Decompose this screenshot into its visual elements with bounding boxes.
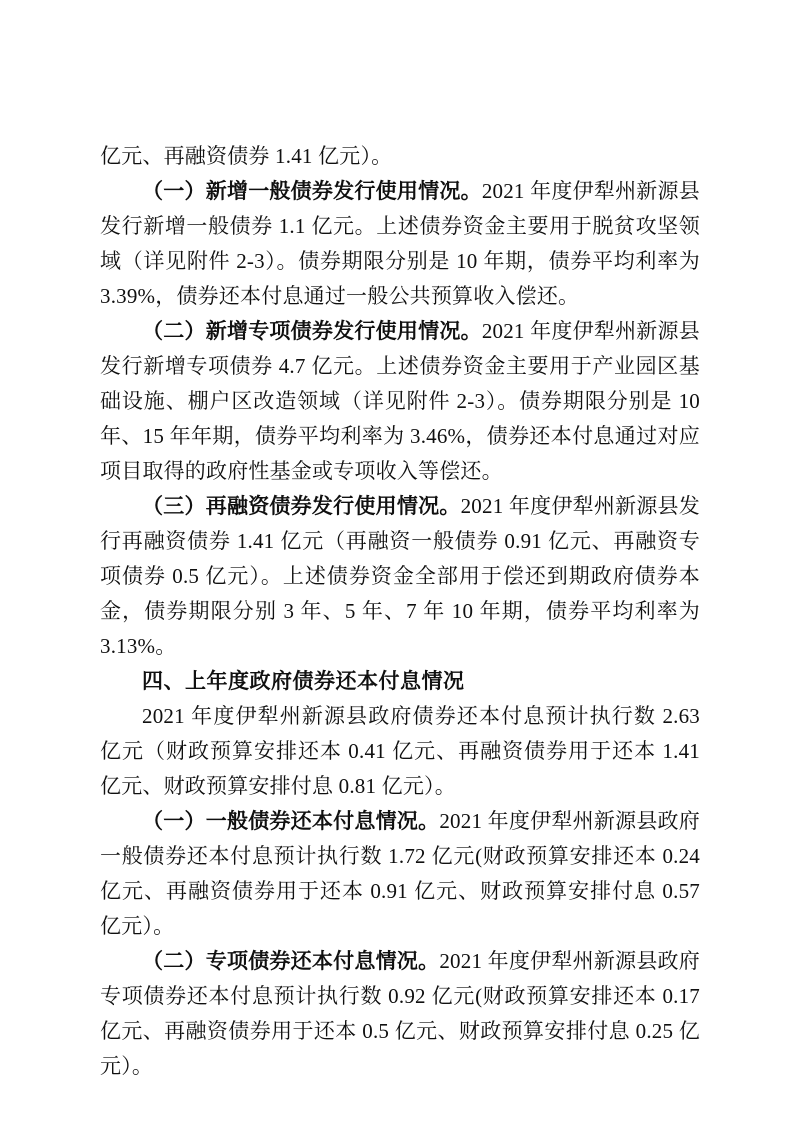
paragraph-lead: （二）新增专项债券发行使用情况。	[142, 319, 482, 343]
paragraph-text: 2021 年度伊犁州新源县政府债券还本付息预计执行数 2.63 亿元（财政预算安…	[100, 704, 700, 798]
section-heading-debt-service: 四、上年度政府债券还本付息情况	[100, 664, 700, 699]
document-page: 亿元、再融资债券 1.41 亿元）。 （一）新增一般债券发行使用情况。2021 …	[0, 0, 793, 1122]
paragraph-debt-service-summary: 2021 年度伊犁州新源县政府债券还本付息预计执行数 2.63 亿元（财政预算安…	[100, 699, 700, 804]
paragraph-lead: （一）新增一般债券发行使用情况。	[142, 179, 482, 203]
paragraph-lead: （一）一般债券还本付息情况。	[142, 809, 439, 833]
paragraph-text: 2021 年度伊犁州新源县发行再融资债券 1.41 亿元（再融资一般债券 0.9…	[100, 494, 700, 658]
paragraph-text: 亿元、再融资债券 1.41 亿元）。	[100, 144, 392, 168]
document-content: 亿元、再融资债券 1.41 亿元）。 （一）新增一般债券发行使用情况。2021 …	[100, 139, 700, 1084]
paragraph-refinancing-bond-issuance: （三）再融资债券发行使用情况。2021 年度伊犁州新源县发行再融资债券 1.41…	[100, 489, 700, 664]
paragraph-continuation: 亿元、再融资债券 1.41 亿元）。	[100, 139, 700, 174]
paragraph-special-bond-debt-service: （二）专项债券还本付息情况。2021 年度伊犁州新源县政府专项债券还本付息预计执…	[100, 944, 700, 1084]
paragraph-new-general-bond-issuance: （一）新增一般债券发行使用情况。2021 年度伊犁州新源县发行新增一般债券 1.…	[100, 174, 700, 314]
paragraph-lead: （三）再融资债券发行使用情况。	[142, 494, 461, 518]
paragraph-general-bond-debt-service: （一）一般债券还本付息情况。2021 年度伊犁州新源县政府一般债券还本付息预计执…	[100, 804, 700, 944]
paragraph-text: 2021 年度伊犁州新源县发行新增专项债券 4.7 亿元。上述债券资金主要用于产…	[100, 319, 700, 483]
paragraph-lead: （二）专项债券还本付息情况。	[142, 949, 439, 973]
paragraph-new-special-bond-issuance: （二）新增专项债券发行使用情况。2021 年度伊犁州新源县发行新增专项债券 4.…	[100, 314, 700, 489]
